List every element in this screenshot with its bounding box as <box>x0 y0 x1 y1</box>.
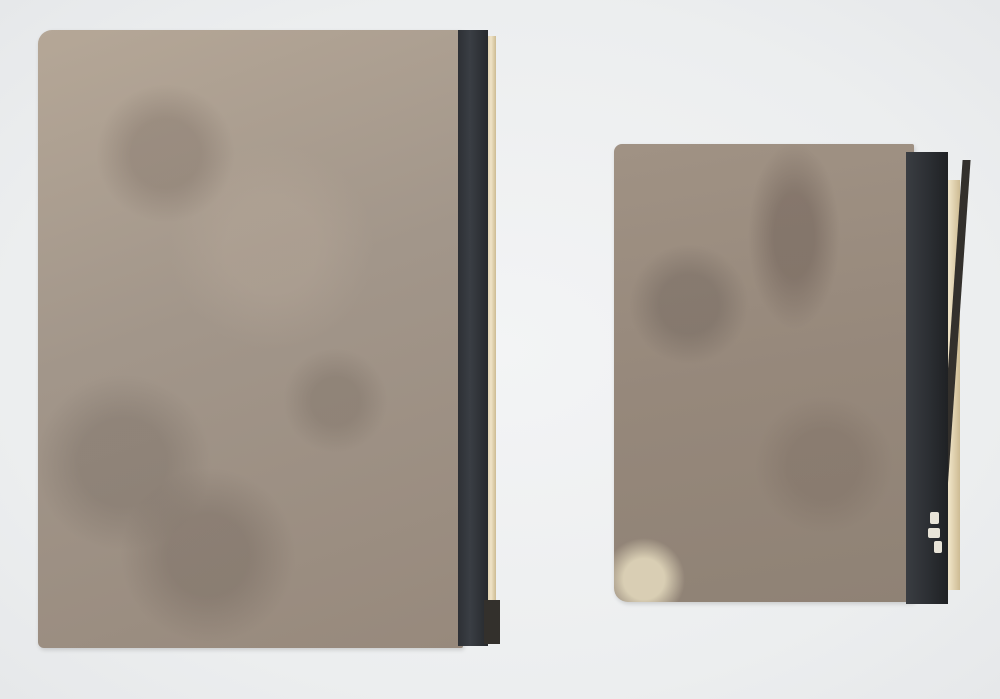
large-book-torn-spine-end <box>484 600 500 644</box>
large-book-spine <box>458 30 488 646</box>
spine-label-fragment <box>930 512 939 524</box>
spine-label-fragment <box>934 541 942 553</box>
spine-label-fragment <box>928 528 940 538</box>
large-book-cover <box>38 30 463 648</box>
small-book-spine <box>906 152 948 604</box>
small-book-cover <box>614 144 914 602</box>
